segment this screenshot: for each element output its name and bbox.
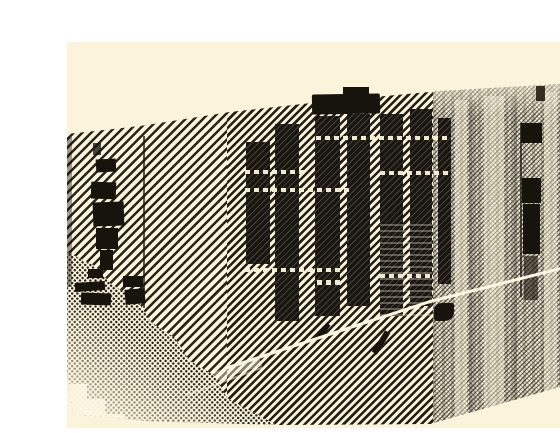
- ink-blob: [88, 269, 103, 278]
- facade-left-edge-shade: [67, 137, 72, 287]
- dark-streak: [511, 96, 517, 426]
- halftone-print-page: { "meta": { "alt": "Black halftone scree…: [0, 0, 560, 433]
- floor-line: [316, 136, 450, 140]
- rooftop-structure-top: [343, 87, 369, 99]
- floor-line: [380, 171, 452, 175]
- light-streak: [455, 100, 467, 422]
- window-strip: [347, 114, 370, 306]
- ink-blob: [93, 201, 125, 226]
- floor-line: [245, 170, 305, 174]
- window-segment: [523, 204, 540, 254]
- mullion-line: [143, 136, 145, 308]
- ink-blob: [96, 158, 117, 172]
- light-streak: [544, 92, 557, 392]
- floor-line: [317, 280, 340, 285]
- ink-blob: [96, 228, 118, 249]
- ink-blob: [91, 182, 117, 200]
- floor-line: [380, 274, 432, 278]
- rooftop-mark: [536, 86, 545, 101]
- ink-blob: [100, 250, 113, 270]
- column-line: [520, 123, 522, 297]
- window-strip: [275, 124, 299, 321]
- ink-blob: [93, 143, 101, 155]
- window-strip: [246, 142, 270, 264]
- ink-blob: [123, 276, 143, 287]
- light-streak: [484, 96, 504, 426]
- window-segment: [522, 178, 541, 203]
- ink-blob: [124, 288, 145, 305]
- floor-line: [245, 268, 340, 272]
- ink-blob: [81, 292, 111, 305]
- dark-streak: [469, 100, 476, 422]
- window-segment: [521, 123, 542, 143]
- ink-blob: [434, 303, 454, 321]
- window-strip: [315, 116, 340, 316]
- floor-line: [245, 188, 350, 192]
- photo-paper: [67, 42, 560, 428]
- window-strip: [438, 118, 451, 284]
